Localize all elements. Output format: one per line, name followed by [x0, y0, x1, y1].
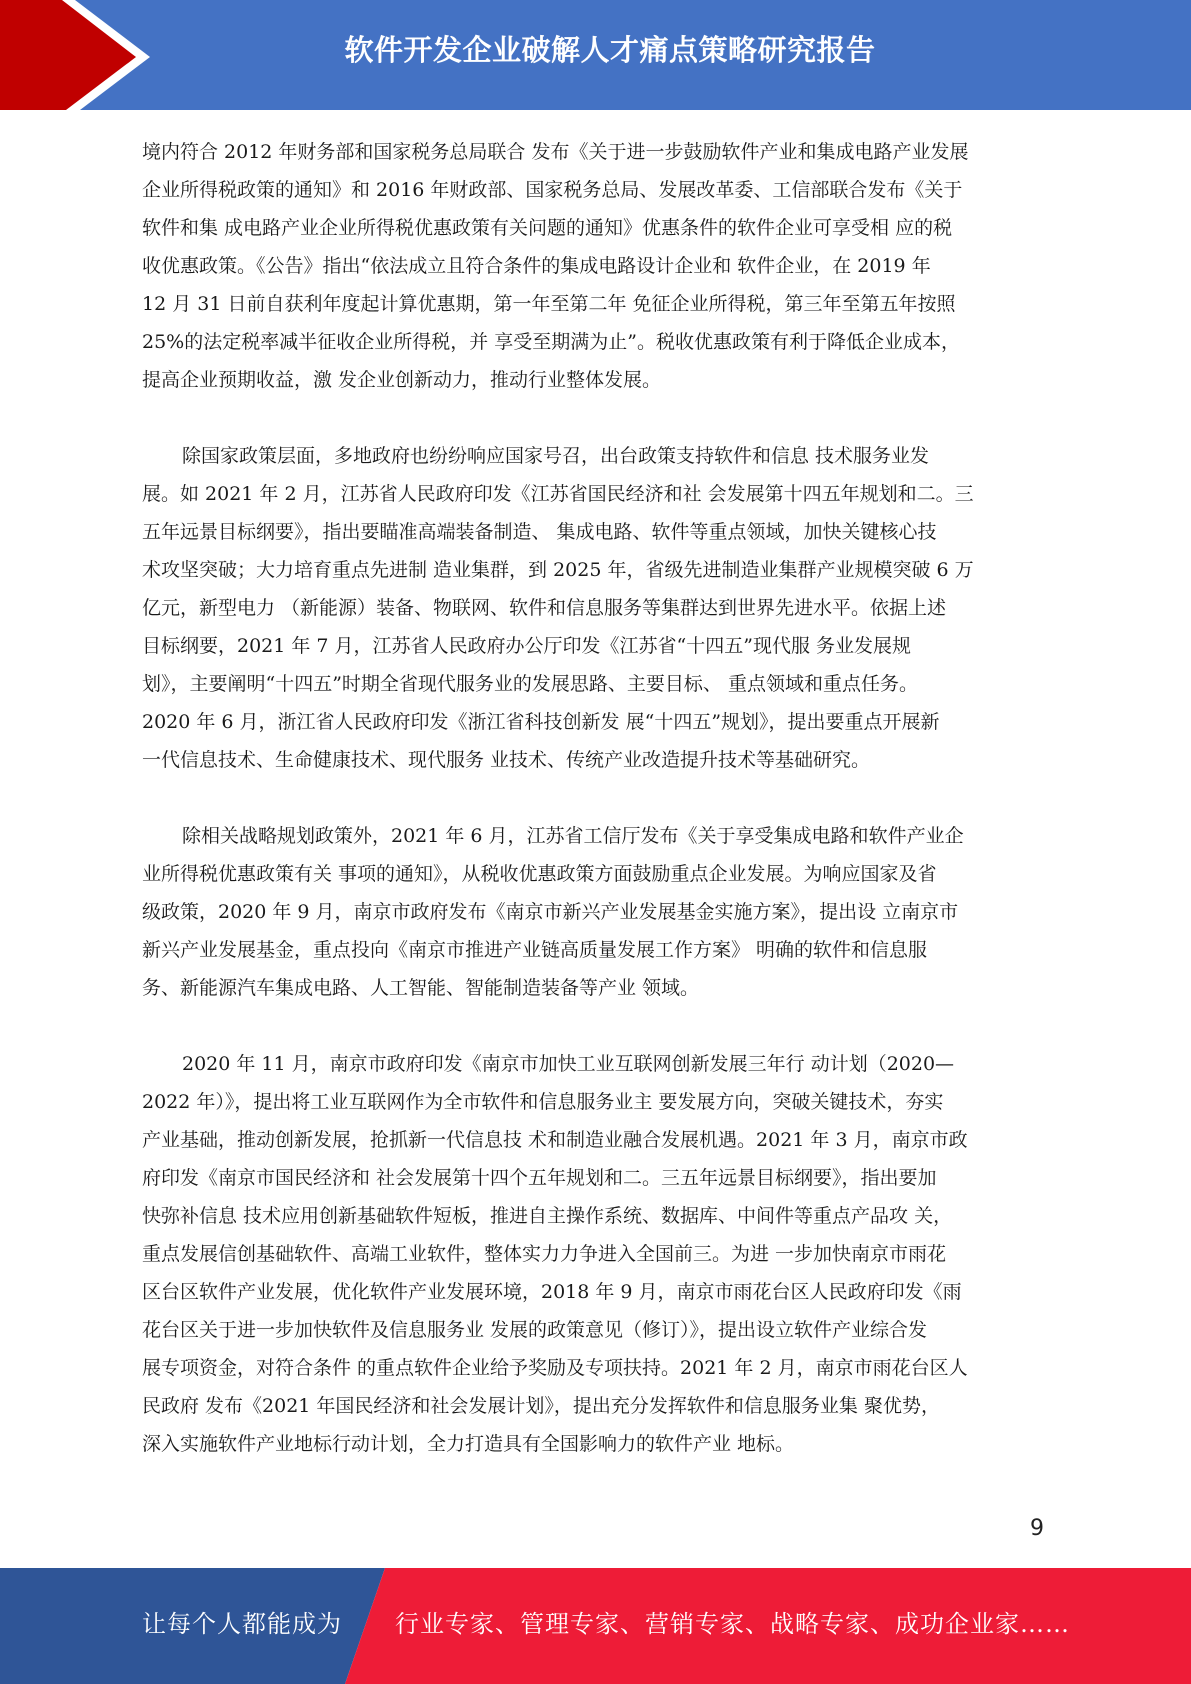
text-line: 展。如 2021 年 2 月，江苏省人民政府印发《江苏省国民经济和社 会发展第十… [142, 475, 1062, 513]
text-line: 务、新能源汽车集成电路、人工智能、智能制造装备等产业 领域。 [142, 969, 1062, 1007]
text-line: 2020 年 11 月，南京市政府印发《南京市加快工业互联网创新发展三年行 动计… [142, 1045, 1062, 1083]
text-line: 业所得税优惠政策有关 事项的通知》，从税收优惠政策方面鼓励重点企业发展。为响应国… [142, 855, 1062, 893]
report-title: 软件开发企业破解人才痛点策略研究报告 [300, 28, 920, 72]
paragraph-spacer [142, 1007, 1062, 1045]
paragraph-spacer [142, 779, 1062, 817]
text-line: 2022 年）》，提出将工业互联网作为全市软件和信息服务业主 要发展方向，突破关… [142, 1083, 1062, 1121]
text-line: 除相关战略规划政策外，2021 年 6 月，江苏省工信厅发布《关于享受集成电路和… [142, 817, 1062, 855]
text-line: 重点发展信创基础软件、高端工业软件，整体实力力争进入全国前三。为进 一步加快南京… [142, 1235, 1062, 1273]
text-line: 产业基础，推动创新发展，抢抓新一代信息技 术和制造业融合发展机遇。2021 年 … [142, 1121, 1062, 1159]
document-body: 境内符合 2012 年财务部和国家税务总局联合 发布《关于进一步鼓励软件产业和集… [142, 133, 1062, 1463]
text-line: 2020 年 6 月，浙江省人民政府印发《浙江省科技创新发 展“十四五”规划》，… [142, 703, 1062, 741]
footer-slogan-left: 让每个人都能成为 [142, 1604, 342, 1644]
text-line: 12 月 31 日前自获利年度起计算优惠期，第一年至第二年 免征企业所得税，第三… [142, 285, 1062, 323]
text-line: 收优惠政策。《公告》指出“依法成立且符合条件的集成电路设计企业和 软件企业，在 … [142, 247, 1062, 285]
text-line: 提高企业预期收益，激 发企业创新动力，推动行业整体发展。 [142, 361, 1062, 399]
text-line: 府印发《南京市国民经济和 社会发展第十四个五年规划和二。三五年远景目标纲要》，指… [142, 1159, 1062, 1197]
text-line: 25%的法定税率减半征收企业所得税，并 享受至期满为止”。税收优惠政策有利于降低… [142, 323, 1062, 361]
text-line: 境内符合 2012 年财务部和国家税务总局联合 发布《关于进一步鼓励软件产业和集… [142, 133, 1062, 171]
text-line: 深入实施软件产业地标行动计划，全力打造具有全国影响力的软件产业 地标。 [142, 1425, 1062, 1463]
text-line: 花台区关于进一步加快软件及信息服务业 发展的政策意见（修订）》，提出设立软件产业… [142, 1311, 1062, 1349]
text-line: 快弥补信息 技术应用创新基础软件短板，推进自主操作系统、数据库、中间件等重点产品… [142, 1197, 1062, 1235]
text-line: 企业所得税政策的通知》和 2016 年财政部、国家税务总局、发展改革委、工信部联… [142, 171, 1062, 209]
text-line: 软件和集 成电路产业企业所得税优惠政策有关问题的通知》优惠条件的软件企业可享受相… [142, 209, 1062, 247]
footer-slogan-right: 行业专家、管理专家、营销专家、战略专家、成功企业家…… [395, 1604, 1070, 1644]
paragraph-local-policy: 除国家政策层面，多地政府也纷纷响应国家号召，出台政策支持软件和信息 技术服务业发… [142, 437, 1062, 779]
paragraph-strategic-planning: 除相关战略规划政策外，2021 年 6 月，江苏省工信厅发布《关于享受集成电路和… [142, 817, 1062, 1007]
page-header: 软件开发企业破解人才痛点策略研究报告 [0, 0, 1191, 110]
text-line: 亿元，新型电力 （新能源）装备、物联网、软件和信息服务等集群达到世界先进水平。依… [142, 589, 1062, 627]
page-number: 9 [1030, 1516, 1044, 1541]
text-line: 术攻坚突破；大力培育重点先进制 造业集群，到 2025 年，省级先进制造业集群产… [142, 551, 1062, 589]
text-line: 五年远景目标纲要》，指出要瞄准高端装备制造、 集成电路、软件等重点领域，加快关键… [142, 513, 1062, 551]
arrow-decoration-icon [0, 0, 200, 110]
text-line: 一代信息技术、生命健康技术、现代服务 业技术、传统产业改造提升技术等基础研究。 [142, 741, 1062, 779]
text-line: 民政府 发布《2021 年国民经济和社会发展计划》，提出充分发挥软件和信息服务业… [142, 1387, 1062, 1425]
text-line: 除国家政策层面，多地政府也纷纷响应国家号召，出台政策支持软件和信息 技术服务业发 [142, 437, 1062, 475]
page-footer: 让每个人都能成为 行业专家、管理专家、营销专家、战略专家、成功企业家…… [0, 1568, 1191, 1684]
text-line: 展专项资金，对符合条件 的重点软件企业给予奖励及专项扶持。2021 年 2 月，… [142, 1349, 1062, 1387]
text-line: 新兴产业发展基金，重点投向《南京市推进产业链高质量发展工作方案》 明确的软件和信… [142, 931, 1062, 969]
text-line: 区台区软件产业发展，优化软件产业发展环境，2018 年 9 月，南京市雨花台区人… [142, 1273, 1062, 1311]
paragraph-tax-policy: 境内符合 2012 年财务部和国家税务总局联合 发布《关于进一步鼓励软件产业和集… [142, 133, 1062, 399]
text-line: 划》，主要阐明“十四五”时期全省现代服务业的发展思路、主要目标、 重点领域和重点… [142, 665, 1062, 703]
text-line: 目标纲要，2021 年 7 月，江苏省人民政府办公厅印发《江苏省“十四五”现代服… [142, 627, 1062, 665]
paragraph-nanjing-policy: 2020 年 11 月，南京市政府印发《南京市加快工业互联网创新发展三年行 动计… [142, 1045, 1062, 1463]
paragraph-spacer [142, 399, 1062, 437]
text-line: 级政策，2020 年 9 月，南京市政府发布《南京市新兴产业发展基金实施方案》，… [142, 893, 1062, 931]
